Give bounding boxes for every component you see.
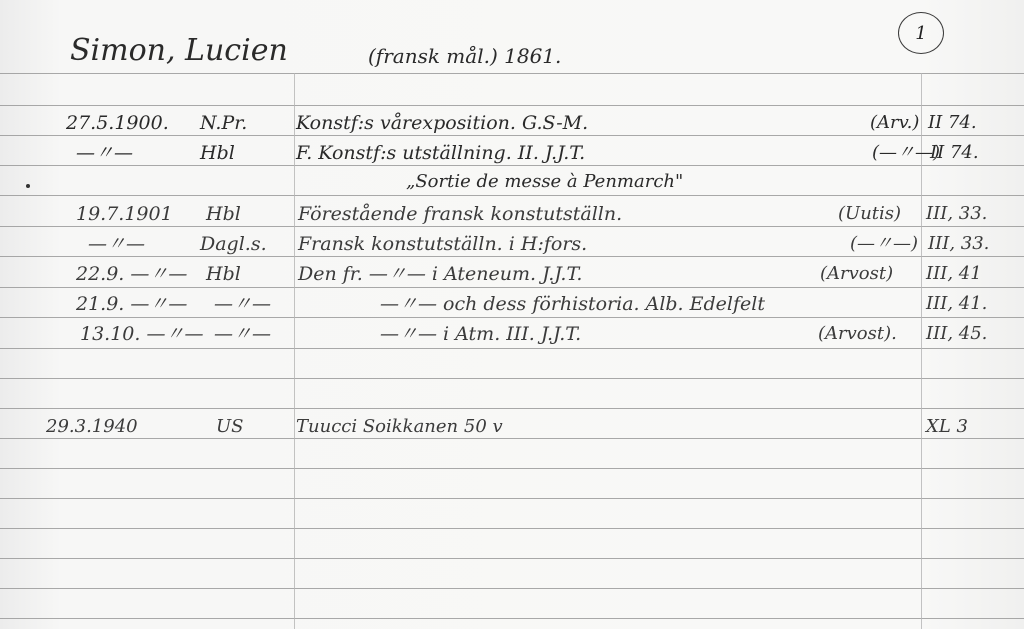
entry-source: —〃— [214, 325, 271, 344]
entry-source: Hbl [206, 265, 241, 284]
card-heading-name: Simon, Lucien [70, 36, 288, 66]
rule-line [0, 256, 1024, 257]
rule-line [0, 378, 1024, 379]
rule-line [0, 195, 1024, 196]
entry-source: Dagl.s. [200, 235, 267, 254]
rule-line [0, 73, 1024, 74]
entry-date: 19.7.1901 [76, 205, 173, 224]
entry-signature: (Arv.) [870, 114, 919, 132]
entry-reference: III, 41 [926, 265, 982, 283]
entry-date: 29.3.1940 [46, 418, 138, 436]
rule-line [0, 165, 1024, 166]
rule-line [0, 348, 1024, 349]
entry-title: —〃— i Atm. III. J.J.T. [380, 325, 581, 344]
rule-line [0, 105, 1024, 106]
entry-title: Förestående fransk konstutställn. [298, 205, 622, 224]
rule-line [0, 588, 1024, 589]
entry-date: —〃— [88, 235, 145, 254]
entry-date: 27.5.1900. [66, 114, 169, 133]
entry-signature: (—〃—) [850, 235, 918, 253]
entry-title: F. Konstf:s utställning. II. J.J.T. [296, 144, 585, 163]
rule-line [0, 468, 1024, 469]
entry-date: 22.9. —〃— [76, 265, 187, 284]
entry-title: —〃— och dess förhistoria. Alb. Edelfelt [380, 295, 765, 314]
entry-source: N.Pr. [200, 114, 247, 133]
entry-date: 21.9. —〃— [76, 295, 187, 314]
entry-source: —〃— [214, 295, 271, 314]
entry-source: Hbl [206, 205, 241, 224]
rule-line [0, 408, 1024, 409]
rule-line [0, 317, 1024, 318]
ink-speck [26, 184, 30, 188]
rule-line [0, 135, 1024, 136]
entry-reference: XL 3 [926, 418, 968, 436]
rule-line [0, 558, 1024, 559]
margin-rule-left [294, 73, 295, 629]
entry-reference: III, 45. [926, 325, 987, 343]
entry-title: Fransk konstutställn. i H:fors. [298, 235, 587, 254]
entry-reference: III, 33. [926, 205, 987, 223]
archive-index-card: Simon, Lucien (fransk mål.) 1861. 1 27.5… [0, 0, 1024, 629]
entry-reference: II 74. [928, 114, 977, 132]
rule-line [0, 498, 1024, 499]
entry-title: Tuucci Soikkanen 50 v [296, 418, 503, 436]
entry-reference: III, 41. [926, 295, 987, 313]
entry-title: Konstf:s vårexposition. G.S-M. [296, 114, 588, 133]
entry-title: Den fr. —〃— i Ateneum. J.J.T. [298, 265, 582, 284]
entry-signature: (Uutis) [838, 205, 901, 223]
page-number-badge: 1 [898, 12, 944, 54]
rule-line [0, 226, 1024, 227]
rule-line [0, 618, 1024, 619]
entry-signature: (Arvost) [820, 265, 893, 283]
entry-reference: III, 33. [928, 235, 989, 253]
entry-artwork-title: „Sortie de messe à Penmarch" [406, 173, 683, 191]
card-heading-note: (fransk mål.) 1861. [368, 46, 561, 66]
entry-reference: II 74. [930, 144, 979, 162]
entry-source: US [216, 418, 244, 436]
rule-line [0, 287, 1024, 288]
entry-date: 13.10. —〃— [80, 325, 203, 344]
rule-line [0, 438, 1024, 439]
rule-line [0, 528, 1024, 529]
entry-date: —〃— [76, 144, 133, 163]
entry-signature: (Arvost). [818, 325, 897, 343]
entry-source: Hbl [200, 144, 235, 163]
